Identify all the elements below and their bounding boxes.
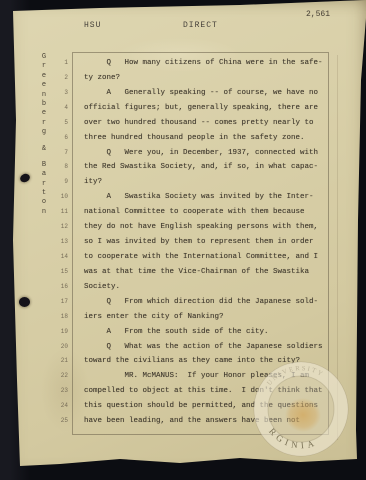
paper-sheet: 2,561 HSU DIRECT Greenberg&Barton 123456…	[0, 0, 366, 480]
line-number: 18	[48, 310, 68, 325]
line-number: 4	[48, 101, 68, 116]
witness-name-label: HSU	[84, 21, 101, 30]
line-number: 25	[48, 414, 68, 429]
line-number: 11	[48, 205, 68, 220]
transcript-line: they do not have English speaking person…	[84, 220, 328, 235]
transcript-line: ty zone?	[84, 71, 328, 86]
transcript-line: the Red Swastika Society, and, if so, in…	[84, 160, 328, 175]
transcript-line: Q From which direction did the Japanese …	[84, 295, 328, 310]
transcript-line: iers enter the city of Nanking?	[84, 310, 328, 325]
transcript-line: ity?	[84, 175, 328, 190]
transcript-line: Q How many citizens of China were in the…	[84, 56, 328, 71]
transcript-line: MR. McMANUS: If your Honor pleases, I am	[84, 369, 328, 384]
transcript-line: this question should be permitted, and t…	[84, 399, 328, 414]
transcript-line: Q Were you, in December, 1937, connected…	[84, 146, 328, 161]
line-number: 14	[48, 250, 68, 265]
line-number: 19	[48, 325, 68, 340]
line-number: 12	[48, 220, 68, 235]
line-number: 6	[48, 131, 68, 146]
punch-hole-bottom	[19, 297, 30, 307]
line-number: 17	[48, 295, 68, 310]
transcript-line: A Generally speaking -- of course, we ha…	[84, 86, 328, 101]
line-number: 7	[48, 146, 68, 161]
line-number: 22	[48, 369, 68, 384]
line-number: 10	[48, 190, 68, 205]
transcript-line: A From the south side of the city.	[84, 325, 328, 340]
transcript-line: Q What was the action of the Japanese so…	[84, 340, 328, 355]
transcript-line: was at that time the Vice-Chairman of th…	[84, 265, 328, 280]
transcript-line: have been leading, and the answers have …	[84, 414, 328, 429]
transcript-line: three hundred thousand people in the saf…	[84, 131, 328, 146]
line-number: 13	[48, 235, 68, 250]
line-number: 5	[48, 116, 68, 131]
transcript-line: national Committee to cooperate with the…	[84, 205, 328, 220]
line-number: 20	[48, 340, 68, 355]
line-number: 1	[48, 56, 68, 71]
line-number: 9	[48, 175, 68, 190]
punch-hole-top	[19, 172, 31, 183]
transcript-line: toward the civilians as they came into t…	[84, 354, 328, 369]
transcript-line: over two hundred thousand -- comes prett…	[84, 116, 328, 131]
line-number: 8	[48, 160, 68, 175]
line-number: 16	[48, 280, 68, 295]
transcript-line: Society.	[84, 280, 328, 295]
line-number-column: 1234567891011121314151617181920212223242…	[48, 56, 68, 429]
paper-crease	[337, 55, 338, 440]
transcript-line: to cooperate with the International Comm…	[84, 250, 328, 265]
transcript-line: official figures; but, generally speakin…	[84, 101, 328, 116]
line-number: 24	[48, 399, 68, 414]
line-number: 3	[48, 86, 68, 101]
scanned-transcript-page: 2,561 HSU DIRECT Greenberg&Barton 123456…	[0, 0, 366, 480]
transcript-line: compelled to object at this time. I don'…	[84, 384, 328, 399]
transcript-text: Q How many citizens of China were in the…	[84, 56, 328, 429]
transcript-line: A Swastika Society was invited by the In…	[84, 190, 328, 205]
examination-type-label: DIRECT	[183, 21, 218, 30]
line-number: 21	[48, 354, 68, 369]
line-number: 15	[48, 265, 68, 280]
page-number: 2,561	[306, 10, 330, 19]
line-number: 23	[48, 384, 68, 399]
line-number: 2	[48, 71, 68, 86]
transcript-line: so I was invited by them to represent th…	[84, 235, 328, 250]
